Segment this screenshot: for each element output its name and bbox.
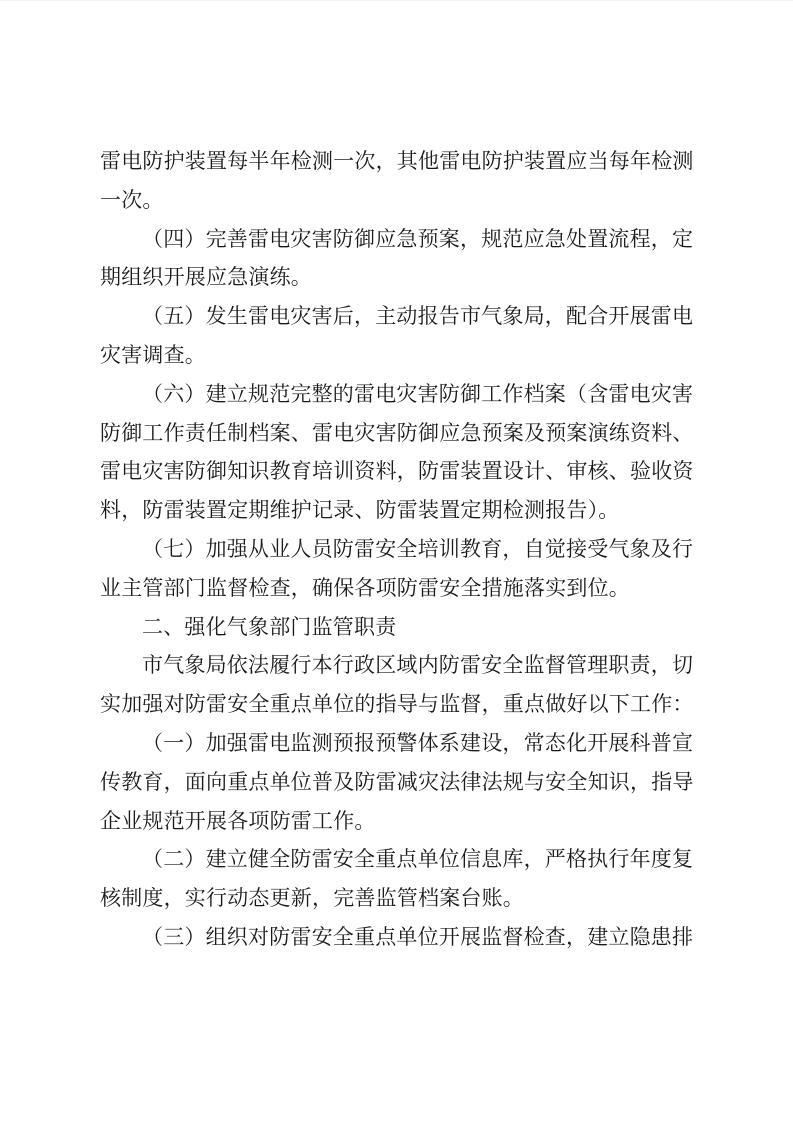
paragraph-item-6: （六）建立规范完整的雷电灾害防御工作档案（含雷电灾害 防御工作责任制档案、雷电灾… bbox=[100, 376, 694, 531]
paragraph-section-intro: 市气象局依法履行本行政区域内防雷安全监督管理职责，切 实加强对防雷安全重点单位的… bbox=[100, 647, 694, 725]
text-line: 传教育，面向重点单位普及防雷减灾法律法规与安全知识，指导 bbox=[100, 764, 694, 803]
paragraph-item-7: （七）加强从业人员防雷安全培训教育，自觉接受气象及行 业主管部门监督检查，确保各… bbox=[100, 531, 694, 609]
text-line: （三）组织对防雷安全重点单位开展监督检查，建立隐患排 bbox=[100, 919, 694, 958]
text-line: 灾害调查。 bbox=[100, 337, 694, 376]
text-line: 实加强对防雷安全重点单位的指导与监督，重点做好以下工作： bbox=[100, 686, 694, 725]
text-line: 一次。 bbox=[100, 182, 694, 221]
text-line: 企业规范开展各项防雷工作。 bbox=[100, 803, 694, 842]
paragraph-item-2: （二）建立健全防雷安全重点单位信息库，严格执行年度复 核制度，实行动态更新，完善… bbox=[100, 841, 694, 919]
text-line: （一）加强雷电监测预报预警体系建设，常态化开展科普宣 bbox=[100, 725, 694, 764]
text-line: （七）加强从业人员防雷安全培训教育，自觉接受气象及行 bbox=[100, 531, 694, 570]
paragraph-item-4: （四）完善雷电灾害防御应急预案，规范应急处置流程，定 期组织开展应急演练。 bbox=[100, 221, 694, 299]
paragraph-item-5: （五）发生雷电灾害后，主动报告市气象局，配合开展雷电 灾害调查。 bbox=[100, 298, 694, 376]
text-line: （六）建立规范完整的雷电灾害防御工作档案（含雷电灾害 bbox=[100, 376, 694, 415]
text-line: 业主管部门监督检查，确保各项防雷安全措施落实到位。 bbox=[100, 570, 694, 609]
paragraph-continuation: 雷电防护装置每半年检测一次，其他雷电防护装置应当每年检测 一次。 bbox=[100, 143, 694, 221]
text-line: 期组织开展应急演练。 bbox=[100, 259, 694, 298]
text-line: （四）完善雷电灾害防御应急预案，规范应急处置流程，定 bbox=[100, 221, 694, 260]
text-line: 雷电防护装置每半年检测一次，其他雷电防护装置应当每年检测 bbox=[100, 143, 694, 182]
text-line: 核制度，实行动态更新，完善监管档案台账。 bbox=[100, 880, 694, 919]
paragraph-item-3: （三）组织对防雷安全重点单位开展监督检查，建立隐患排 bbox=[100, 919, 694, 958]
text-line: 料，防雷装置定期维护记录、防雷装置定期检测报告）。 bbox=[100, 492, 694, 531]
paragraph-item-1: （一）加强雷电监测预报预警体系建设，常态化开展科普宣 传教育，面向重点单位普及防… bbox=[100, 725, 694, 841]
text-line: 防御工作责任制档案、雷电灾害防御应急预案及预案演练资料、 bbox=[100, 415, 694, 454]
text-line: （五）发生雷电灾害后，主动报告市气象局，配合开展雷电 bbox=[100, 298, 694, 337]
text-line: 市气象局依法履行本行政区域内防雷安全监督管理职责，切 bbox=[100, 647, 694, 686]
document-body: 雷电防护装置每半年检测一次，其他雷电防护装置应当每年检测 一次。 （四）完善雷电… bbox=[100, 143, 694, 958]
text-line: （二）建立健全防雷安全重点单位信息库，严格执行年度复 bbox=[100, 841, 694, 880]
section-heading: 二、强化气象部门监管职责 bbox=[100, 609, 694, 648]
document-page: 雷电防护装置每半年检测一次，其他雷电防护装置应当每年检测 一次。 （四）完善雷电… bbox=[0, 0, 793, 1122]
text-line: 雷电灾害防御知识教育培训资料，防雷装置设计、审核、验收资 bbox=[100, 453, 694, 492]
section-heading-text: 二、强化气象部门监管职责 bbox=[100, 609, 694, 648]
